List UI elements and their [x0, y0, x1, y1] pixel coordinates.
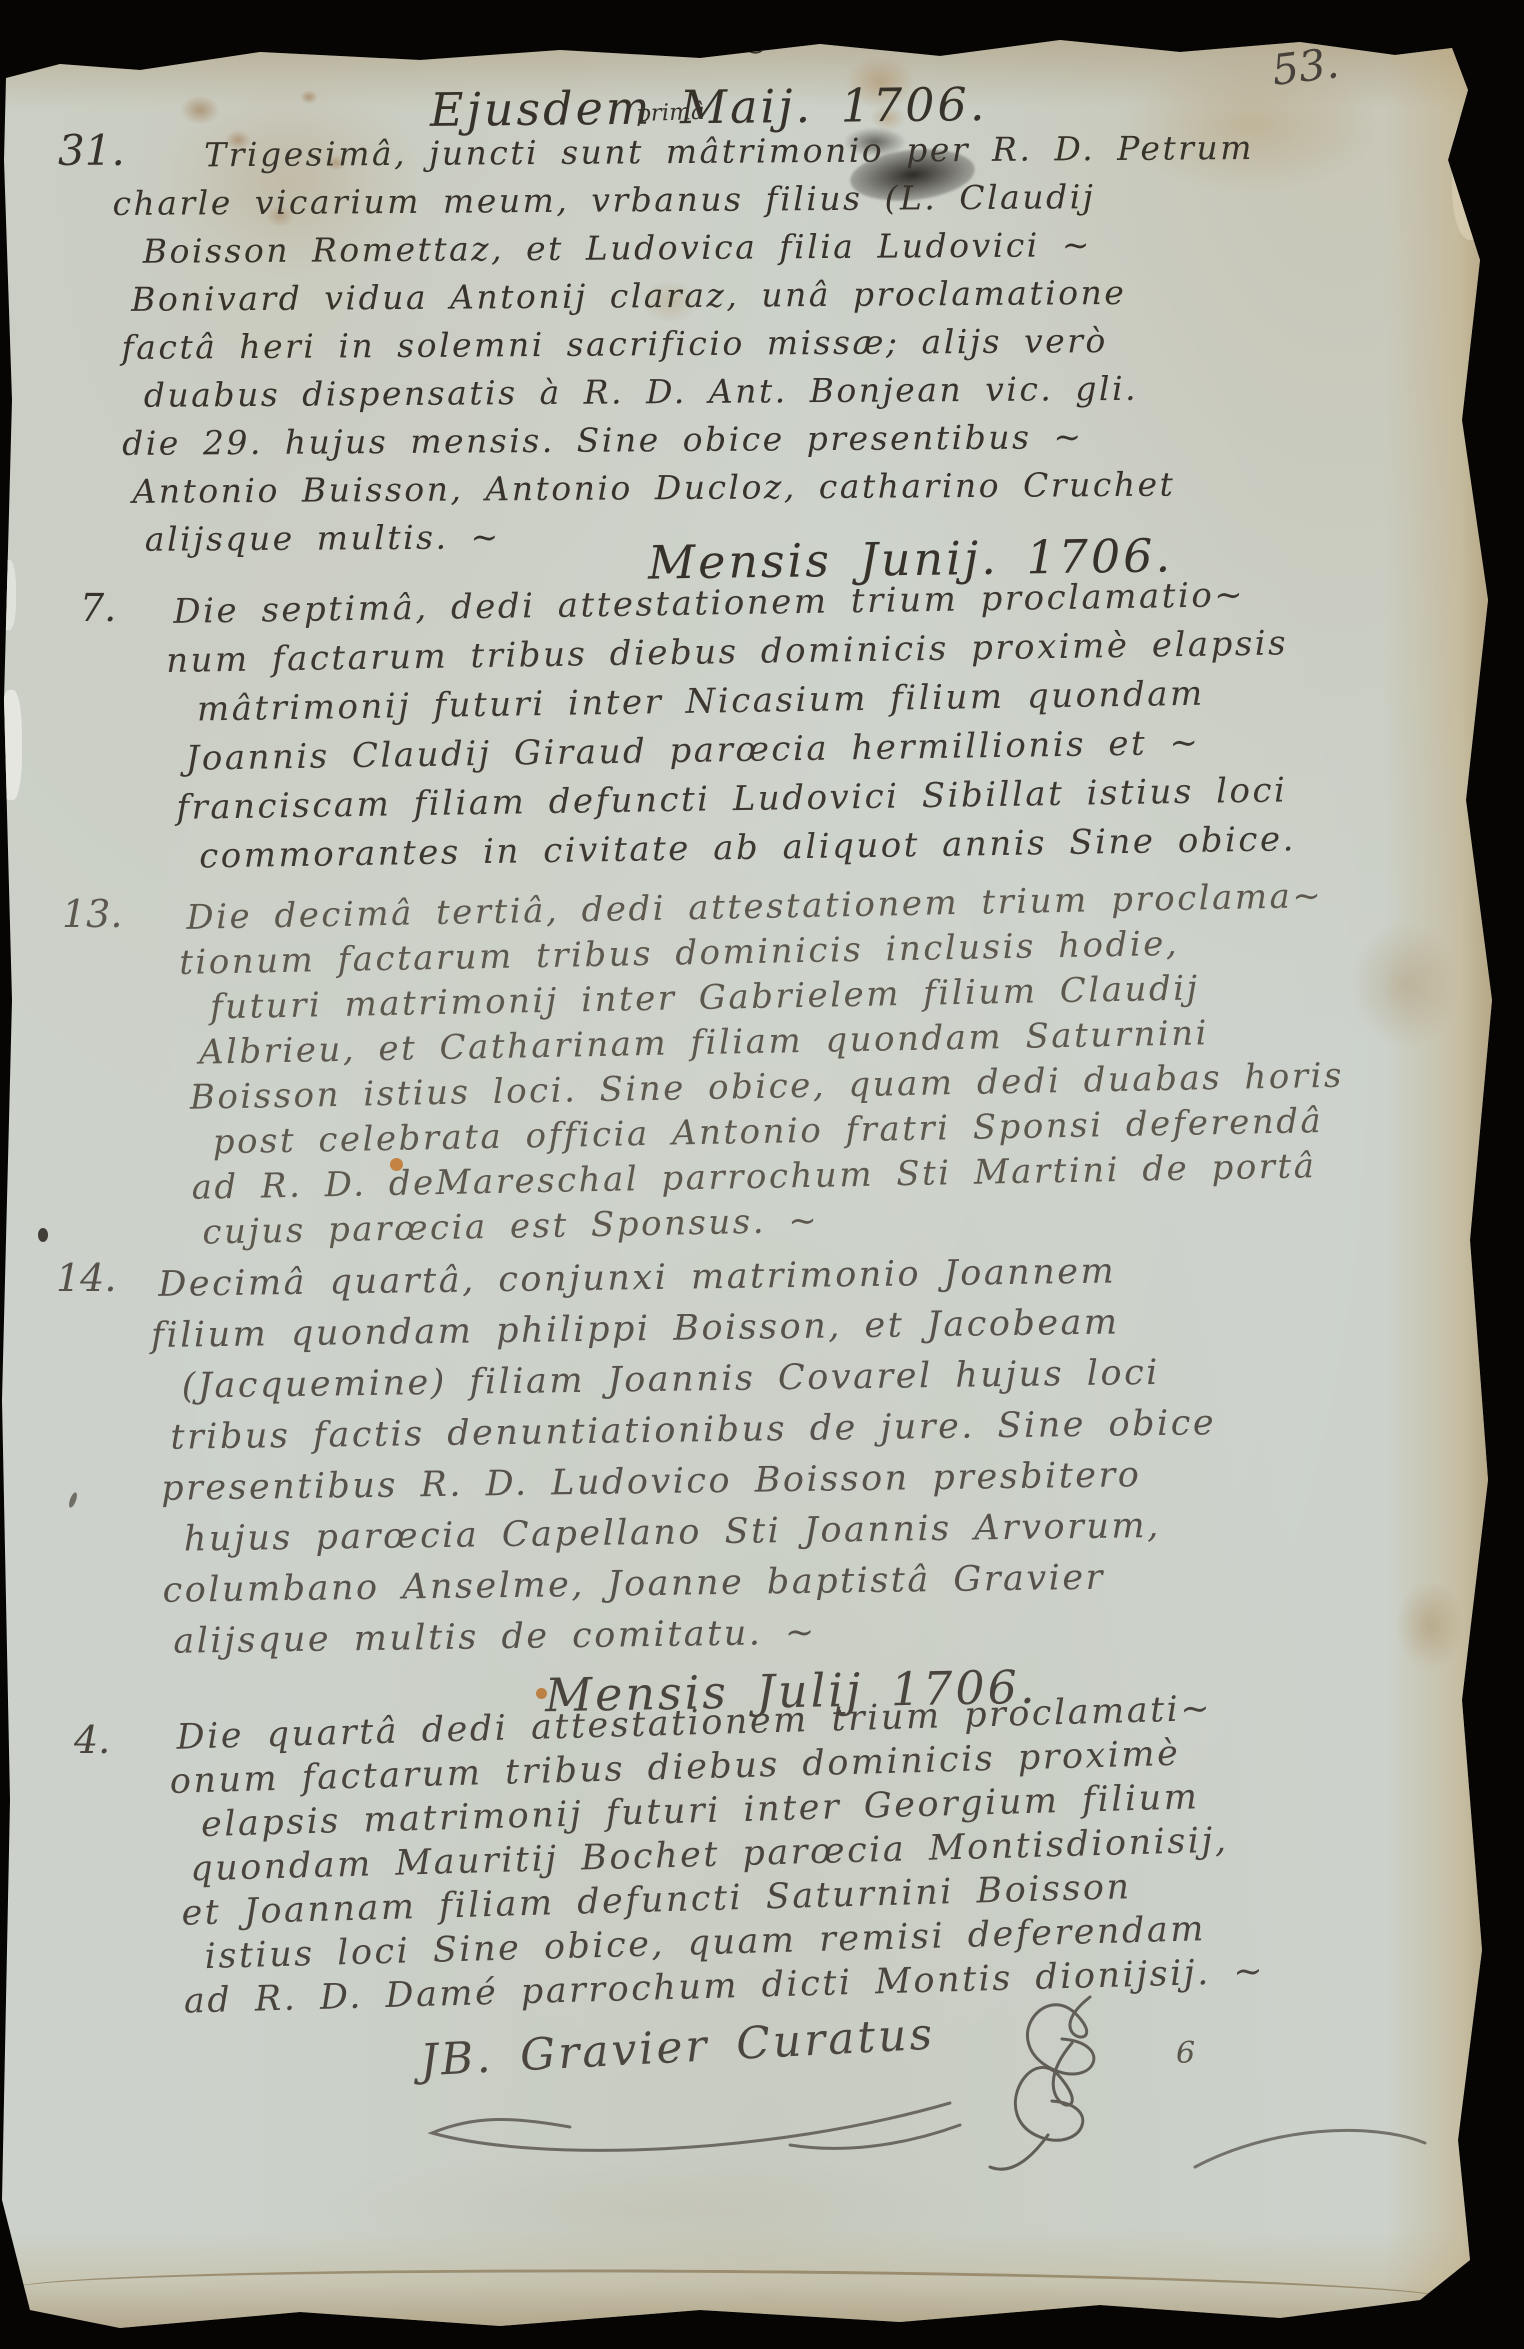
register-entry: Die quartâ dedi attestationem trium proc…	[168, 1686, 1266, 2024]
manuscript-line: duabus dispensatis à R. D. Ant. Bonjean …	[144, 364, 1256, 420]
manuscript-page: 53. 9 Ejusdem Maij. 1706. 31. primâ Trig…	[0, 0, 1524, 2349]
manuscript-line: Bonivard vidua Antonij claraz, unâ procl…	[131, 268, 1255, 324]
manuscript-line: Boisson Romettaz, et Ludovica filia Ludo…	[143, 220, 1255, 276]
manuscript-line: Antonio Buisson, Antonio Ducloz, cathari…	[132, 460, 1256, 516]
register-entry: Die septimâ, dedi attestationem trium pr…	[165, 570, 1296, 882]
curate-signature: JB. Gravier Curatus	[419, 2009, 936, 2087]
entry-number: 4.	[74, 1718, 110, 1762]
manuscript-line: die 29. hujus mensis. Sine obice present…	[122, 412, 1256, 468]
signature-underline-flourish	[420, 2085, 980, 2180]
right-dash-flourish	[1190, 2115, 1430, 2185]
manuscript-line: Trigesimâ, juncti sunt mâtrimonio per R.…	[204, 124, 1254, 179]
manuscript-line: factâ heri in solemni sacrificio missæ; …	[121, 316, 1255, 372]
manuscript-line: charle vicarium meum, vrbanus filius (L.…	[112, 172, 1254, 228]
page-edge-right	[1384, 0, 1524, 2349]
ink-speck	[38, 1228, 48, 1242]
entry-number: 13.	[62, 892, 122, 936]
page-number: 53.	[1269, 38, 1341, 95]
paper-tuft	[0, 560, 16, 630]
entry-number: 14.	[56, 1256, 116, 1300]
inserted-word: primâ	[636, 99, 705, 127]
register-entry: Trigesimâ, juncti sunt mâtrimonio per R.…	[112, 124, 1257, 564]
ink-speck	[67, 1491, 78, 1508]
register-entry: Die decimâ tertiâ, dedi attestationem tr…	[178, 874, 1347, 1256]
entry-number: 7.	[80, 586, 116, 630]
signature-mark: 6	[1176, 2036, 1195, 2071]
register-entry: Decimâ quartâ, conjunxi matrimonio Joann…	[150, 1245, 1219, 1668]
paper-tuft	[0, 690, 22, 800]
